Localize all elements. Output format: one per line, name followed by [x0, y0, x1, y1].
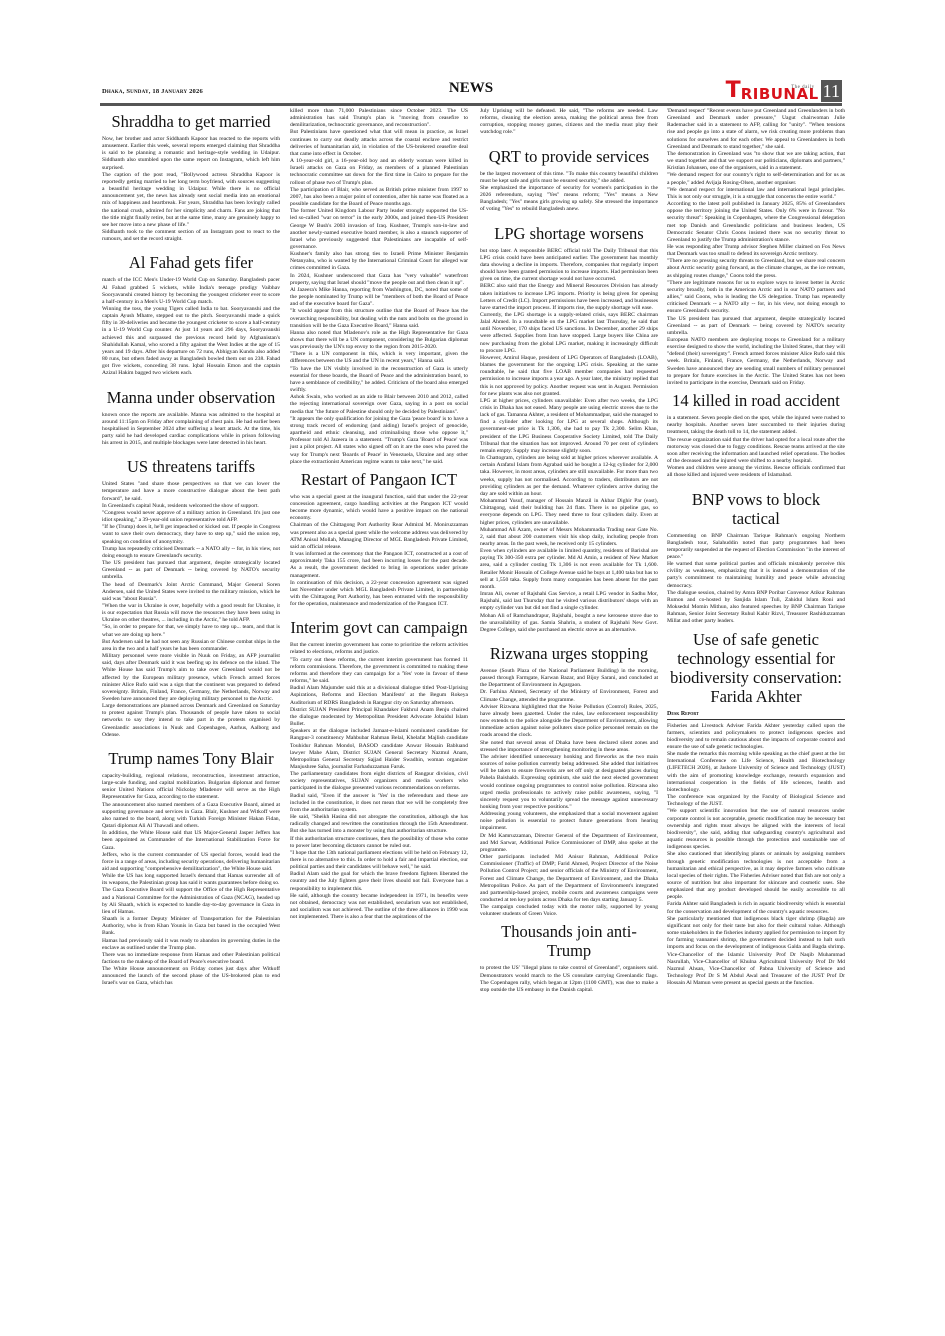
- paragraph: The demonstration in Greenland was "to s…: [667, 151, 845, 172]
- article-trump-blair: Trump names Tony Blair capacity-building…: [102, 749, 280, 988]
- paragraph: Badiul said, "Even if the answer is 'Yes…: [290, 793, 468, 814]
- paragraph: The conference was organized by the Facu…: [667, 794, 845, 808]
- paragraph: In addition, the White House said that U…: [102, 830, 280, 851]
- paragraph: Mohan Ali of Ramchandrapur, Rajshahi, bo…: [480, 613, 658, 634]
- paragraph: The parliamentary candidates from eight …: [290, 771, 468, 792]
- paragraph: The White House announcement on Friday c…: [102, 966, 280, 987]
- paragraph: Fisheries and Livestock Adviser Farida A…: [667, 723, 845, 752]
- paragraph: In continuation of this decision, a 22-y…: [290, 580, 468, 609]
- logo-tagline: The daily: [791, 80, 815, 96]
- paragraph: Hanna also noted that Mladenov's role as…: [290, 330, 468, 351]
- masthead: Dhaka, Sunday, 18 January 2026 NEWS T Th…: [100, 78, 842, 106]
- paragraph: BERC also said that the Energy and Miner…: [480, 283, 658, 312]
- paragraph: Now, her brother and actor Siddhanth Kap…: [102, 136, 280, 172]
- paragraph: to protest the US' "illegal plans to tak…: [480, 965, 658, 994]
- paragraph: However, Amirul Haque, president of LPG …: [480, 355, 658, 398]
- paragraph: The rescue organization said that the dr…: [667, 437, 845, 466]
- paragraph: "To have the UN visibly involved in the …: [290, 366, 468, 395]
- paragraph: But Palestinians have questioned what th…: [290, 129, 468, 158]
- headline: Shraddha to get married: [102, 112, 280, 131]
- article-qrt: QRT to provide services be the largest m…: [480, 147, 658, 214]
- paragraph: Mohammad Yusuf, manager of Hossain Manzi…: [480, 498, 658, 527]
- article-interim-govt: Interim govt can campaign But the curren…: [290, 618, 468, 921]
- paragraph: But Andersen said he had not seen any Ru…: [102, 639, 280, 653]
- article-rizwana: Rizwana urges stopping Avenue (South Pla…: [480, 644, 658, 918]
- paragraph: capacity-building, regional relations, r…: [102, 773, 280, 802]
- paragraph: Commenting on BNP Chairman Tarique Rahma…: [667, 533, 845, 562]
- paragraph: The dialogue session, chaired by Amra BN…: [667, 590, 845, 626]
- article-shraddha: Shraddha to get married Now, her brother…: [102, 112, 280, 243]
- paragraph: The head of Denmark's Joint Arctic Comma…: [102, 582, 280, 603]
- article-bnp: BNP vows to block tactical Commenting on…: [667, 490, 845, 626]
- paragraph: Kushner's family also has strong ties to…: [290, 251, 468, 272]
- paragraph: He said, "Sheikh Hasina did not abrogate…: [290, 814, 468, 835]
- paragraph: Badiul Alam said the goal for which the …: [290, 871, 468, 892]
- paragraph: But the current interim government has c…: [290, 642, 468, 656]
- paragraph: Imran Ali, owner of Rajshahi Gas Service…: [480, 591, 658, 612]
- paragraph: 'Demand respect' "Recent events have put…: [667, 108, 845, 151]
- paragraph: in a statement. Seven people died on the…: [667, 415, 845, 436]
- paragraph: He was responding after Trump advisor St…: [667, 244, 845, 258]
- paragraph: She also cautioned that identifying plan…: [667, 851, 845, 901]
- header-rule: [100, 103, 842, 106]
- headline: Manna under observation: [102, 388, 280, 407]
- article-lpg: LPG shortage worsens but stop later. A r…: [480, 224, 658, 634]
- paragraph: According to the latest poll published i…: [667, 201, 845, 244]
- headline: Interim govt can campaign: [290, 618, 468, 637]
- paragraph: Siddhanth took to the comment section of…: [102, 229, 280, 243]
- paragraph: Dr. Farhina Ahmed, Secretary of the Mini…: [480, 689, 658, 703]
- article-us-tariffs: US threatens tariffs United States "and …: [102, 457, 280, 739]
- paragraph: The US president has pursued that argume…: [102, 560, 280, 581]
- paragraph: known once the reports are available. Ma…: [102, 412, 280, 448]
- paragraph: The announcement also named members of a…: [102, 802, 280, 831]
- headline: 14 killed in road accident: [667, 391, 845, 410]
- paragraph: While the US has long supported Israel's…: [102, 873, 280, 887]
- column-2: killed more than 71,000 Palestinians sin…: [290, 108, 468, 921]
- paragraph: He said, although the country became ind…: [290, 893, 468, 922]
- paragraph: Shaath is a former Deputy Minister of Tr…: [102, 916, 280, 937]
- paragraph: "It appears the only qualification for j…: [290, 416, 468, 466]
- column-3: July Uprising will be defeated. He said,…: [480, 108, 658, 994]
- paragraph: Currently, the LPG shortage is a supply-…: [480, 312, 658, 355]
- paragraph: There was no immediate response from Ham…: [102, 952, 280, 966]
- headline: Al Fahad gets fifer: [102, 253, 280, 272]
- paragraph: be the largest movement of this time. "T…: [480, 171, 658, 185]
- paragraph: Adviser Rizwana highlighted that the Noi…: [480, 704, 658, 740]
- paragraph: "To carry out these reforms, the current…: [290, 657, 468, 686]
- paragraph: The caption of the post read, "Bollywood…: [102, 172, 280, 229]
- paragraph: match of the ICC Men's Under-19 World Cu…: [102, 277, 280, 306]
- paragraph: The campaign concluded today with the mo…: [480, 904, 658, 918]
- article-trump-blair-continued: killed more than 71,000 Palestinians sin…: [290, 108, 468, 466]
- paragraph: The former United Kingdom Labour Party l…: [290, 208, 468, 251]
- paragraph: "There are legitimate reasons for us to …: [667, 280, 845, 316]
- article-genetic-technology: Use of safe genetic technology essential…: [667, 630, 845, 988]
- logo-initial: T: [726, 80, 741, 102]
- paragraph: A 10-year-old girl, a 16-year-old boy an…: [290, 158, 468, 187]
- paragraph: LPG at higher prices, cylinders unavaila…: [480, 398, 658, 455]
- paragraph: "We demand respect for international law…: [667, 187, 845, 201]
- paragraph: Farida Akhter said Bangladesh is rich in…: [667, 901, 845, 915]
- page-number: 11: [821, 80, 842, 102]
- headline: Use of safe genetic technology essential…: [667, 630, 845, 706]
- paragraph: "We demand respect for our country's rig…: [667, 172, 845, 186]
- paragraph: but stop later. A responsible BERC offic…: [480, 248, 658, 284]
- paragraph: Dr Md Kamruzzaman, Director General of t…: [480, 833, 658, 854]
- headline: LPG shortage worsens: [480, 224, 658, 243]
- paragraph: He warned that some political parties an…: [667, 561, 845, 590]
- paragraph: Trump has repeatedly criticised Denmark …: [102, 546, 280, 560]
- headline: Trump names Tony Blair: [102, 749, 280, 768]
- paragraph: In Greenland's capital Nuuk, residents w…: [102, 503, 280, 510]
- headline: Restart of Pangaon ICT: [290, 470, 468, 489]
- headline: Thousands join anti-Trump: [480, 922, 658, 960]
- article-manna: Manna under observation known once the r…: [102, 388, 280, 448]
- paragraph: Speakers at the dialogue included Jamaat…: [290, 728, 468, 771]
- paragraph: "There are no pressing security threats …: [667, 258, 845, 279]
- paragraph: "When the war in Ukraine is over, hopefu…: [102, 603, 280, 624]
- paragraph: Other participants included Md Anisur Ra…: [480, 854, 658, 904]
- paragraph: Military personnel were more visible in …: [102, 653, 280, 703]
- paragraph: In Chattogram, cylinders are being sold …: [480, 455, 658, 498]
- paragraph: In 2024, Kushner underscored that Gaza h…: [290, 273, 468, 287]
- paragraph: Badiul Alam Majumder said this at a divi…: [290, 685, 468, 706]
- headline: Rizwana urges stopping: [480, 644, 658, 663]
- paragraph: She particularly mentioned that indigeno…: [667, 916, 845, 988]
- article-road-accident: 14 killed in road accident in a statemen…: [667, 391, 845, 479]
- paragraph: United States "and share those perspecti…: [102, 481, 280, 502]
- logo-name: The dailyRIBUNAL: [741, 86, 819, 102]
- headline: BNP vows to block tactical: [667, 490, 845, 528]
- paragraph: July Uprising will be defeated. He said,…: [480, 108, 658, 137]
- paragraph: Hamas had previously said it was ready t…: [102, 938, 280, 952]
- article-anti-trump-continued: 'Demand respect' "Recent events have put…: [667, 108, 845, 387]
- paragraph: "We support scientific innovation but th…: [667, 808, 845, 851]
- newspaper-logo: T The dailyRIBUNAL 11: [726, 78, 842, 102]
- paragraph: European NATO members are deploying troo…: [667, 337, 845, 387]
- paragraph: Jeffers, who is the current commander of…: [102, 852, 280, 873]
- paragraph: Ashok Swain, who worked as an aide to Bl…: [290, 394, 468, 415]
- paragraph: killed more than 71,000 Palestinians sin…: [290, 108, 468, 129]
- paragraph: Women and children were among the victim…: [667, 465, 845, 479]
- paragraph: "There is a UN component in this, which …: [290, 351, 468, 365]
- paragraph: Chairman of the Chittagong Port Authorit…: [290, 522, 468, 551]
- paragraph: The adviser identified unnecessary honki…: [480, 754, 658, 811]
- article-interim-govt-continued: July Uprising will be defeated. He said,…: [480, 108, 658, 137]
- paragraph: The Gaza Executive Board will support th…: [102, 887, 280, 916]
- paragraph: "If he (Trump) does it, he'll get impeac…: [102, 524, 280, 545]
- paragraph: Addressing young volunteers, she emphasi…: [480, 811, 658, 832]
- headline: US threatens tariffs: [102, 457, 280, 476]
- paragraph: Large demonstrations are planned across …: [102, 703, 280, 739]
- paragraph: She noted that several areas of Dhaka ha…: [480, 740, 658, 754]
- byline: Desk Report: [667, 711, 845, 720]
- column-4: 'Demand respect' "Recent events have put…: [667, 108, 845, 987]
- article-al-fahad: Al Fahad gets fifer match of the ICC Men…: [102, 253, 280, 377]
- paragraph: "Congress would never approve of a milit…: [102, 510, 280, 524]
- paragraph: It was informed at the ceremony that the…: [290, 551, 468, 580]
- column-1: Shraddha to get married Now, her brother…: [102, 108, 280, 988]
- paragraph: Avenue (South Plaza of the National Parl…: [480, 668, 658, 689]
- paragraph: Winning the toss, the young Tigers calle…: [102, 306, 280, 378]
- headline: QRT to provide services: [480, 147, 658, 166]
- paragraph: She made the remarks this morning while …: [667, 751, 845, 794]
- paragraph: District SUJAN President Principal Khand…: [290, 707, 468, 728]
- paragraph: If this authoritarian structure continue…: [290, 836, 468, 850]
- paragraph: "It would appear from this structure out…: [290, 308, 468, 329]
- paragraph: "So, in order to prepare for that, we si…: [102, 624, 280, 638]
- paragraph: The US president has pursued that argume…: [667, 316, 845, 337]
- paragraph: who was a special guest at the inaugural…: [290, 494, 468, 523]
- paragraph: She emphasized the importance of securit…: [480, 185, 658, 214]
- paragraph: Muhammad Ali Azam, owner of Messrs Moham…: [480, 527, 658, 548]
- paragraph: Al Jazeera's Mike Hanna, reporting from …: [290, 287, 468, 308]
- paragraph: "I hope that the 13th national parliamen…: [290, 850, 468, 871]
- paragraph: The participation of Blair, who served a…: [290, 187, 468, 208]
- article-pangaon: Restart of Pangaon ICT who was a special…: [290, 470, 468, 609]
- article-anti-trump: Thousands join anti-Trump to protest the…: [480, 922, 658, 994]
- paragraph: Even when cylinders are available in lim…: [480, 548, 658, 591]
